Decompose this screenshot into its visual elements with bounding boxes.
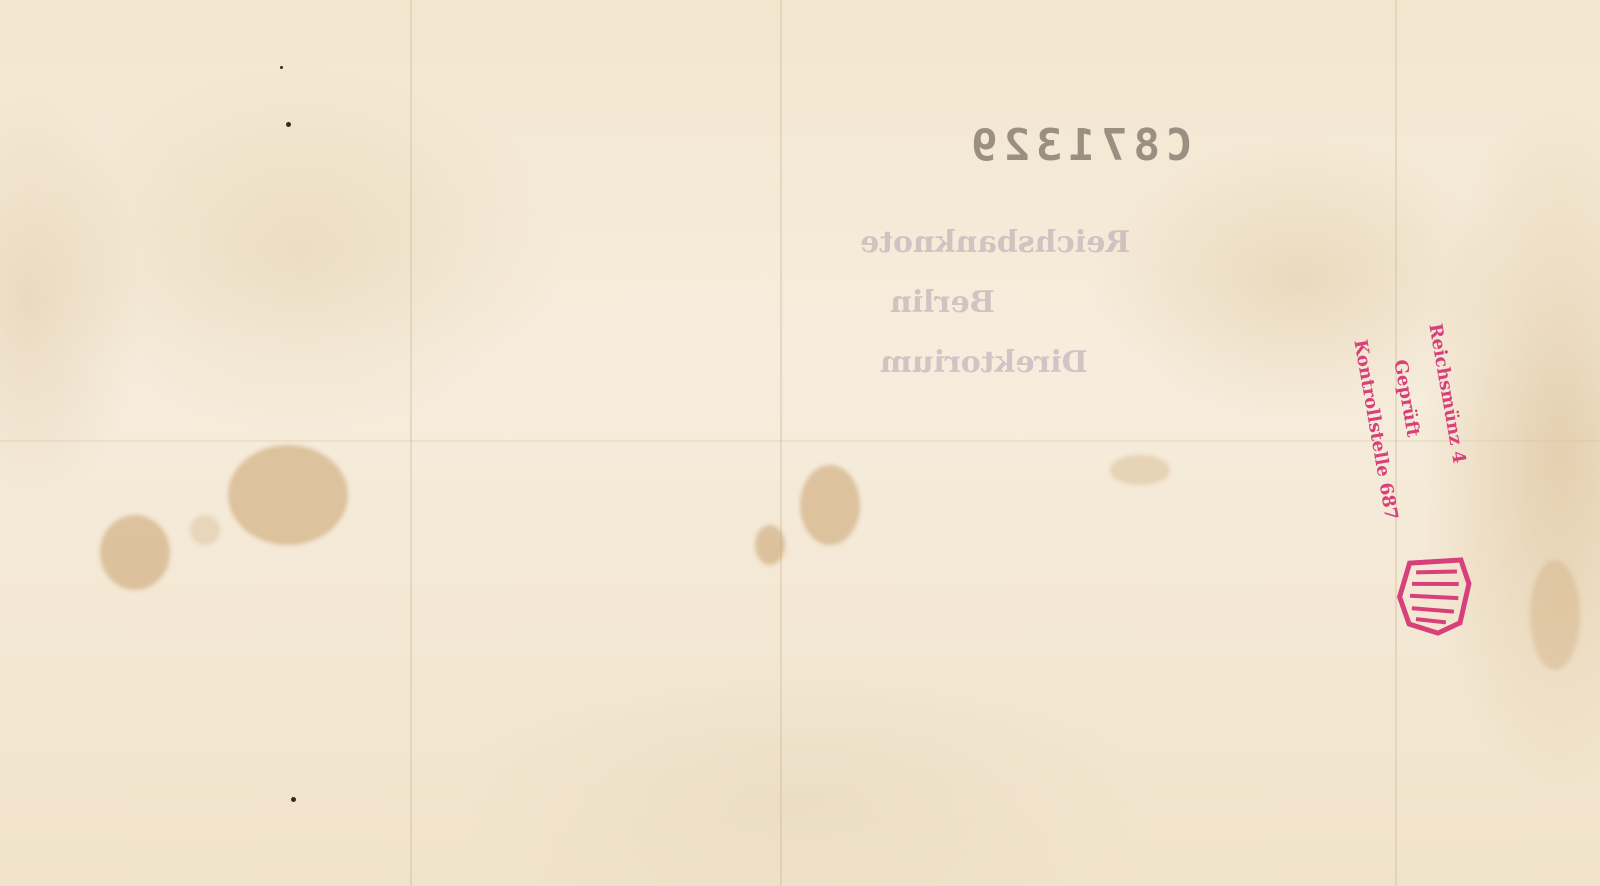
stain [800,465,860,545]
stain [228,445,348,545]
ink-speck [291,797,296,802]
stain [100,515,170,590]
eagle-emblem-icon [1388,542,1482,643]
fold-crease [1395,0,1397,886]
ink-speck [280,66,283,69]
fold-crease [0,440,1600,442]
ink-speck [286,122,291,127]
stain [1530,560,1580,670]
fold-crease [410,0,412,886]
faint-text-showthrough: Direktorium [880,345,1088,380]
fold-crease [780,0,782,886]
banknote-paper [0,0,1600,886]
stain [1110,455,1170,485]
faint-text-showthrough: Reichsbanknote [860,225,1130,260]
stain [755,525,785,565]
serial-number-showthrough: C871329 [965,120,1192,171]
faint-text-showthrough: Berlin [890,285,995,320]
stain [190,515,220,545]
